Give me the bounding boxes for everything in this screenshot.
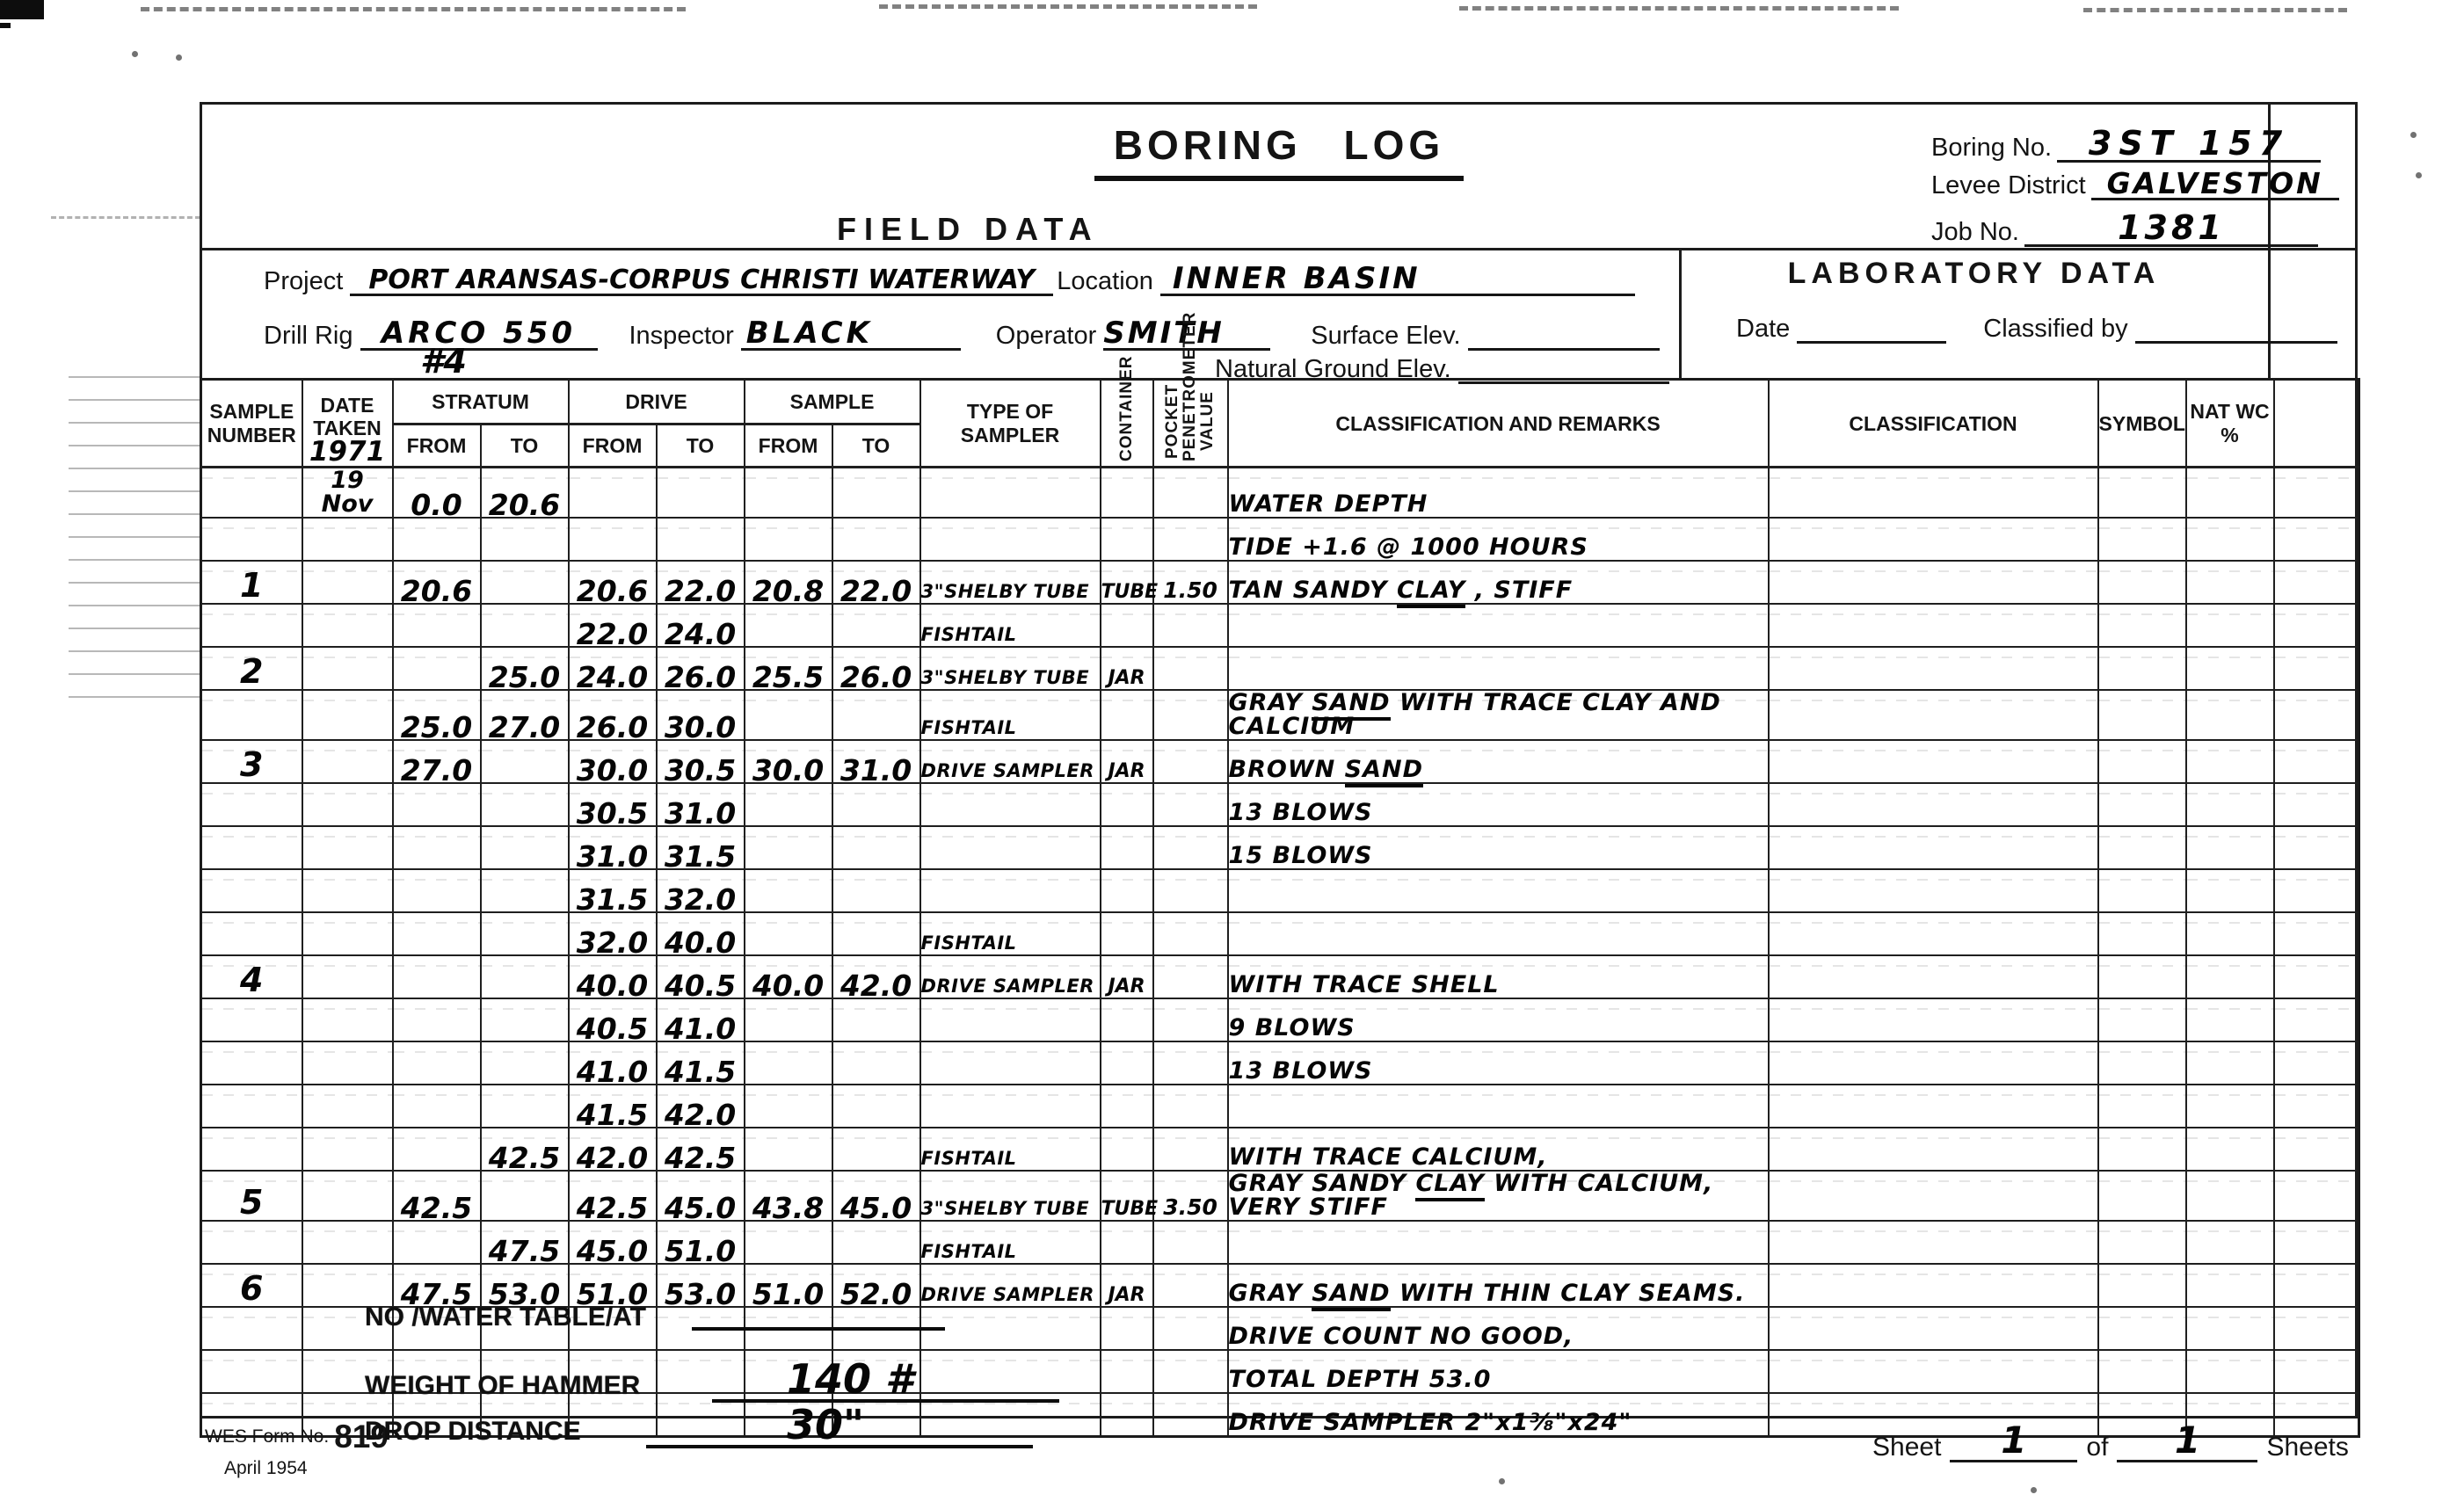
- cell-drive-from: 41.0: [569, 1041, 657, 1085]
- table-row: 47.545.051.0FISHTAIL: [201, 1221, 2359, 1264]
- sheets-label: Sheets: [2266, 1433, 2348, 1462]
- cell-sample-number: 4: [201, 955, 302, 998]
- cell-type-of-sampler: 3"SHELBY TUBE: [920, 1171, 1101, 1221]
- cell-remarks: [1228, 647, 1769, 690]
- water-table-label: NO /WATER TABLE/AT: [365, 1302, 646, 1331]
- cell-classification: [1769, 869, 2098, 912]
- cell-classification: [1769, 1171, 2098, 1221]
- cell-drive-to: 32.0: [657, 869, 745, 912]
- cell-classification: [1769, 783, 2098, 826]
- cell-date-taken: [302, 518, 393, 561]
- cell-sample-from: [745, 826, 832, 869]
- cell-remarks: TOTAL DEPTH 53.0: [1228, 1350, 1769, 1393]
- cell-remarks: [1228, 912, 1769, 955]
- cell-blank: [2274, 561, 2359, 604]
- col-header-symbol: SYMBOL: [2098, 380, 2186, 468]
- cell-drive-from: 42.5: [569, 1171, 657, 1221]
- surface-elev-value: [1468, 348, 1660, 351]
- cell-symbol: [2098, 1350, 2186, 1393]
- table-row: 22.024.0FISHTAIL: [201, 604, 2359, 647]
- drill-rig-label: Drill Rig: [264, 322, 360, 351]
- cell-sample-from: [745, 690, 832, 740]
- table-row: 41.041.513 BLOWS: [201, 1041, 2359, 1085]
- cell-type-of-sampler: [920, 998, 1101, 1041]
- cell-pocket-penetrometer: [1153, 783, 1228, 826]
- cell-classification: [1769, 468, 2098, 519]
- cell-drive-to: 51.0: [657, 1221, 745, 1264]
- operator-label: Operator: [961, 322, 1103, 351]
- cell-container: [1101, 912, 1153, 955]
- cell-nat-wc: [2186, 1350, 2274, 1393]
- cell-pocket-penetrometer: [1153, 955, 1228, 998]
- cell-blank: [2274, 1128, 2359, 1171]
- table-row: 327.030.030.530.031.0DRIVE SAMPLERJARBRO…: [201, 740, 2359, 783]
- cell-classification: [1769, 1221, 2098, 1264]
- scan-artifact: [132, 51, 138, 57]
- cell-container: [1101, 604, 1153, 647]
- cell-symbol: [2098, 1128, 2186, 1171]
- table-row: 542.542.545.043.845.03"SHELBY TUBETUBE3.…: [201, 1171, 2359, 1221]
- cell-date-taken: [302, 783, 393, 826]
- table-row: 41.542.0: [201, 1085, 2359, 1128]
- cell-remarks: 13 BLOWS: [1228, 783, 1769, 826]
- cell-stratum-to: 20.6: [481, 468, 569, 519]
- cell-symbol: [2098, 1264, 2186, 1307]
- wes-form-block: WES Form No.819 April 1954: [205, 1417, 389, 1481]
- cell-drive-from: 30.0: [569, 740, 657, 783]
- cell-nat-wc: [2186, 998, 2274, 1041]
- boring-no-value: 3ST 157: [2057, 127, 2321, 163]
- cell-blank: [2274, 1350, 2359, 1393]
- cell-date-taken: [302, 912, 393, 955]
- cell-sample-number: 5: [201, 1171, 302, 1221]
- cell-symbol: [2098, 955, 2186, 998]
- cell-sample-from: [745, 1085, 832, 1128]
- cell-sample-from: [745, 1128, 832, 1171]
- cell-classification: [1769, 518, 2098, 561]
- cell-remarks: [1228, 869, 1769, 912]
- cell-blank: [2274, 1041, 2359, 1085]
- project-row: Project PORT ARANSAS-CORPUS CHRISTI WATE…: [264, 264, 1635, 296]
- scan-artifact: [51, 216, 200, 219]
- cell-symbol: [2098, 468, 2186, 519]
- cell-sample-from: 51.0: [745, 1264, 832, 1307]
- job-no-label: Job No.: [1931, 218, 2024, 247]
- wes-form-date: April 1954: [205, 1457, 389, 1480]
- cell-blank: [2274, 1221, 2359, 1264]
- cell-classification: [1769, 690, 2098, 740]
- cell-drive-to: 40.5: [657, 955, 745, 998]
- inspector-value: BLACK: [741, 318, 961, 351]
- cell-pocket-penetrometer: [1153, 912, 1228, 955]
- project-value: PORT ARANSAS-CORPUS CHRISTI WATERWAY: [350, 267, 1053, 296]
- cell-container: JAR: [1101, 955, 1153, 998]
- cell-pocket-penetrometer: [1153, 826, 1228, 869]
- surface-elev-label: Surface Elev.: [1270, 322, 1467, 351]
- cell-nat-wc: [2186, 1307, 2274, 1350]
- scan-artifact: [141, 7, 686, 11]
- cell-nat-wc: [2186, 647, 2274, 690]
- cell-blank: [2274, 955, 2359, 998]
- cell-type-of-sampler: [920, 783, 1101, 826]
- cell-sample-to: [832, 1221, 920, 1264]
- cell-type-of-sampler: DRIVE SAMPLER: [920, 740, 1101, 783]
- cell-stratum-to: [481, 955, 569, 998]
- cell-container: [1101, 998, 1153, 1041]
- cell-date-taken: [302, 1041, 393, 1085]
- cell-remarks: WATER DEPTH: [1228, 468, 1769, 519]
- cell-drive-from: 32.0: [569, 912, 657, 955]
- cell-pocket-penetrometer: [1153, 1128, 1228, 1171]
- cell-type-of-sampler: FISHTAIL: [920, 604, 1101, 647]
- table-row: 120.620.622.020.822.03"SHELBY TUBETUBE1.…: [201, 561, 2359, 604]
- cell-stratum-to: [481, 912, 569, 955]
- cell-sample-number: [201, 690, 302, 740]
- cell-nat-wc: [2186, 740, 2274, 783]
- drill-rig-row: Drill Rig ARCO 550 Inspector BLACK Opera…: [264, 318, 1660, 351]
- cell-remarks: TAN SANDY CLAY , STIFF: [1228, 561, 1769, 604]
- cell-classification: [1769, 955, 2098, 998]
- wes-form-label: WES Form No.: [205, 1426, 329, 1447]
- cell-drive-to: 30.0: [657, 690, 745, 740]
- col-header-sample-number: SAMPLENUMBER: [201, 380, 302, 468]
- col-header-sample-to: TO: [832, 424, 920, 468]
- cell-container: [1101, 783, 1153, 826]
- cell-stratum-to: [481, 740, 569, 783]
- cell-sample-to: [832, 468, 920, 519]
- cell-stratum-from: [393, 518, 481, 561]
- cell-nat-wc: [2186, 690, 2274, 740]
- cell-remarks: WITH TRACE SHELL: [1228, 955, 1769, 998]
- cell-sample-to: [832, 783, 920, 826]
- cell-remarks: BROWN SAND: [1228, 740, 1769, 783]
- drop-distance-label: DROP DISTANCE: [365, 1417, 581, 1447]
- cell-drive-from: 24.0: [569, 647, 657, 690]
- cell-classification: [1769, 1041, 2098, 1085]
- col-header-container: CONTAINER: [1101, 380, 1153, 468]
- col-header-date-taken: DATETAKEN1971: [302, 380, 393, 468]
- cell-sample-to: [832, 1128, 920, 1171]
- cell-type-of-sampler: FISHTAIL: [920, 1221, 1101, 1264]
- cell-stratum-to: [481, 561, 569, 604]
- cell-sample-number: [201, 1041, 302, 1085]
- cell-sample-from: [745, 912, 832, 955]
- cell-drive-from: 30.5: [569, 783, 657, 826]
- cell-sample-to: [832, 690, 920, 740]
- cell-classification: [1769, 740, 2098, 783]
- cell-stratum-from: [393, 604, 481, 647]
- cell-sample-to: [832, 604, 920, 647]
- cell-date-taken: [302, 561, 393, 604]
- cell-date-taken: [302, 1221, 393, 1264]
- cell-drive-to: 26.0: [657, 647, 745, 690]
- cell-date-taken: [302, 690, 393, 740]
- cell-sample-number: 3: [201, 740, 302, 783]
- cell-symbol: [2098, 690, 2186, 740]
- cell-remarks: TIDE +1.6 @ 1000 HOURS: [1228, 518, 1769, 561]
- cell-sample-from: [745, 604, 832, 647]
- cell-sample-number: 6: [201, 1264, 302, 1307]
- cell-stratum-to: 42.5: [481, 1128, 569, 1171]
- cell-sample-to: 42.0: [832, 955, 920, 998]
- col-header-nat-wc: NAT WC%: [2186, 380, 2274, 468]
- cell-drive-to: 30.5: [657, 740, 745, 783]
- cell-pocket-penetrometer: [1153, 468, 1228, 519]
- cell-date-taken: [302, 1128, 393, 1171]
- col-header-stratum-to: TO: [481, 424, 569, 468]
- cell-pocket-penetrometer: [1153, 869, 1228, 912]
- cell-container: [1101, 690, 1153, 740]
- boring-no-label: Boring No.: [1931, 134, 2057, 163]
- cell-remarks: DRIVE COUNT NO GOOD,: [1228, 1307, 1769, 1350]
- field-data-table: SAMPLENUMBER DATETAKEN1971 STRATUM DRIVE…: [200, 378, 2360, 1438]
- cell-type-of-sampler: [920, 518, 1101, 561]
- cell-sample-to: [832, 1085, 920, 1128]
- cell-stratum-to: 27.0: [481, 690, 569, 740]
- cell-type-of-sampler: 3"SHELBY TUBE: [920, 561, 1101, 604]
- col-header-stratum-from: FROM: [393, 424, 481, 468]
- table-row: 42.542.042.5FISHTAILWITH TRACE CALCIUM,: [201, 1128, 2359, 1171]
- cell-symbol: [2098, 783, 2186, 826]
- cell-pocket-penetrometer: [1153, 998, 1228, 1041]
- cell-remarks: [1228, 1221, 1769, 1264]
- cell-remarks: WITH TRACE CALCIUM,: [1228, 1128, 1769, 1171]
- scan-artifact: [0, 23, 11, 28]
- cell-sample-number: 2: [201, 647, 302, 690]
- table-row: 40.541.09 BLOWS: [201, 998, 2359, 1041]
- cell-classification: [1769, 826, 2098, 869]
- cell-date-taken: [302, 647, 393, 690]
- cell-sample-from: 43.8: [745, 1171, 832, 1221]
- cell-sample-from: 25.5: [745, 647, 832, 690]
- table-row: 25.027.026.030.0FISHTAILGRAY SAND WITH T…: [201, 690, 2359, 740]
- cell-date-taken: [302, 998, 393, 1041]
- cell-pocket-penetrometer: [1153, 518, 1228, 561]
- cell-sample-number: [201, 826, 302, 869]
- cell-sample-number: [201, 869, 302, 912]
- scan-artifact: [2083, 8, 2347, 12]
- cell-classification: [1769, 1264, 2098, 1307]
- cell-symbol: [2098, 1221, 2186, 1264]
- cell-sample-from: [745, 518, 832, 561]
- cell-symbol: [2098, 1307, 2186, 1350]
- cell-drive-to: 41.5: [657, 1041, 745, 1085]
- cell-drive-to: 42.5: [657, 1128, 745, 1171]
- cell-blank: [2274, 1171, 2359, 1221]
- cell-pocket-penetrometer: [1153, 690, 1228, 740]
- cell-type-of-sampler: 3"SHELBY TUBE: [920, 647, 1101, 690]
- cell-stratum-to: [481, 998, 569, 1041]
- scan-artifact: [176, 54, 182, 61]
- inspector-label: Inspector: [598, 322, 741, 351]
- col-header-sample-from: FROM: [745, 424, 832, 468]
- cell-pocket-penetrometer: [1153, 647, 1228, 690]
- water-table-rule: [692, 1327, 945, 1331]
- cell-sample-number: [201, 1221, 302, 1264]
- cell-drive-to: 24.0: [657, 604, 745, 647]
- levee-district-value: GALVESTON: [2091, 169, 2339, 200]
- cell-stratum-from: 47.5: [393, 1264, 481, 1307]
- cell-container: [1101, 1085, 1153, 1128]
- cell-stratum-from: [393, 783, 481, 826]
- cell-sample-to: 45.0: [832, 1171, 920, 1221]
- cell-stratum-to: 25.0: [481, 647, 569, 690]
- project-label: Project: [264, 267, 350, 296]
- cell-pocket-penetrometer: [1153, 1393, 1228, 1436]
- cell-nat-wc: [2186, 1264, 2274, 1307]
- cell-sample-from: 40.0: [745, 955, 832, 998]
- cell-symbol: [2098, 518, 2186, 561]
- cell-drive-to: 42.0: [657, 1085, 745, 1128]
- cell-pocket-penetrometer: [1153, 1041, 1228, 1085]
- cell-nat-wc: [2186, 1085, 2274, 1128]
- col-header-type-of-sampler: TYPE OF SAMPLER: [920, 380, 1101, 468]
- cell-symbol: [2098, 561, 2186, 604]
- table-row: 32.040.0FISHTAIL: [201, 912, 2359, 955]
- cell-date-taken: [302, 740, 393, 783]
- cell-drive-from: 26.0: [569, 690, 657, 740]
- cell-remarks: 9 BLOWS: [1228, 998, 1769, 1041]
- cell-blank: [2274, 998, 2359, 1041]
- cell-blank: [2274, 869, 2359, 912]
- cell-drive-to: 53.0: [657, 1264, 745, 1307]
- levee-district-row: Levee District GALVESTON: [1931, 169, 2339, 200]
- cell-blank: [2274, 1264, 2359, 1307]
- drill-rig-value: ARCO 550: [360, 318, 598, 351]
- scan-artifact: [2410, 132, 2417, 138]
- scan-artifact: [2416, 172, 2422, 178]
- scan-artifact: [1459, 6, 1899, 11]
- cell-nat-wc: [2186, 1041, 2274, 1085]
- drop-distance-note: DROP DISTANCE 30": [365, 1406, 1086, 1447]
- cell-symbol: [2098, 740, 2186, 783]
- sheet-count-row: Sheet 1 of 1 Sheets: [1872, 1422, 2349, 1462]
- hammer-label: WEIGHT OF HAMMER: [365, 1371, 640, 1401]
- cell-date-taken: [302, 826, 393, 869]
- cell-nat-wc: [2186, 912, 2274, 955]
- cell-remarks: DRIVE SAMPLER 2"x1⅜"x24": [1228, 1393, 1769, 1436]
- cell-drive-to: 45.0: [657, 1171, 745, 1221]
- cell-symbol: [2098, 869, 2186, 912]
- cell-blank: [2274, 518, 2359, 561]
- hammer-note: WEIGHT OF HAMMER 140 #: [365, 1362, 1086, 1403]
- cell-stratum-to: 53.0: [481, 1264, 569, 1307]
- of-label: of: [2086, 1433, 2108, 1462]
- cell-symbol: [2098, 604, 2186, 647]
- sheet-label: Sheet: [1872, 1433, 1941, 1462]
- cell-container: [1101, 1307, 1153, 1350]
- cell-drive-to: 40.0: [657, 912, 745, 955]
- cell-symbol: [2098, 1171, 2186, 1221]
- cell-remarks: [1228, 1085, 1769, 1128]
- table-row: 31.031.515 BLOWS: [201, 826, 2359, 869]
- cell-type-of-sampler: [920, 468, 1101, 519]
- cell-stratum-from: [393, 1221, 481, 1264]
- cell-blank: [2274, 647, 2359, 690]
- cell-drive-to: 31.5: [657, 826, 745, 869]
- date-year-handwritten: 1971: [303, 439, 392, 466]
- location-value: INNER BASIN: [1160, 264, 1635, 296]
- cell-sample-to: 31.0: [832, 740, 920, 783]
- cell-drive-from: 31.5: [569, 869, 657, 912]
- cell-blank: [2274, 604, 2359, 647]
- cell-nat-wc: [2186, 869, 2274, 912]
- cell-drive-from: 51.0: [569, 1264, 657, 1307]
- cell-type-of-sampler: FISHTAIL: [920, 690, 1101, 740]
- cell-sample-number: [201, 468, 302, 519]
- cell-classification: [1769, 1085, 2098, 1128]
- cell-date-taken: [302, 869, 393, 912]
- field-data-divider-line: [200, 248, 2355, 250]
- col-header-classification: CLASSIFICATION: [1769, 380, 2098, 468]
- cell-classification: [1769, 1307, 2098, 1350]
- scan-artifact: [69, 376, 200, 710]
- cell-stratum-from: [393, 1085, 481, 1128]
- cell-classification: [1769, 912, 2098, 955]
- cell-drive-from: [569, 518, 657, 561]
- cell-sample-to: [832, 998, 920, 1041]
- cell-drive-from: 42.0: [569, 1128, 657, 1171]
- cell-nat-wc: [2186, 604, 2274, 647]
- total-sheets: 1: [2117, 1422, 2257, 1462]
- cell-sample-number: [201, 604, 302, 647]
- cell-symbol: [2098, 647, 2186, 690]
- cell-date-taken: [302, 1264, 393, 1307]
- cell-sample-number: [201, 998, 302, 1041]
- cell-drive-from: 40.0: [569, 955, 657, 998]
- cell-drive-to: 41.0: [657, 998, 745, 1041]
- cell-sample-number: 1: [201, 561, 302, 604]
- cell-stratum-to: [481, 783, 569, 826]
- job-no-row: Job No. 1381: [1931, 211, 2318, 247]
- cell-container: [1101, 826, 1153, 869]
- boring-no-row: Boring No. 3ST 157: [1931, 127, 2321, 163]
- cell-date-taken: [302, 955, 393, 998]
- cell-stratum-to: [481, 518, 569, 561]
- levee-district-label: Levee District: [1931, 171, 2091, 200]
- cell-date-taken: [302, 604, 393, 647]
- cell-blank: [2274, 468, 2359, 519]
- cell-pocket-penetrometer: [1153, 1264, 1228, 1307]
- cell-stratum-from: 20.6: [393, 561, 481, 604]
- cell-container: JAR: [1101, 1264, 1153, 1307]
- col-header-pocket-penetrometer: POCKET PENETROMETER VALUE: [1153, 380, 1228, 468]
- col-group-stratum: STRATUM: [393, 380, 569, 424]
- cell-sample-to: [832, 1041, 920, 1085]
- cell-sample-from: [745, 783, 832, 826]
- cell-symbol: [2098, 1041, 2186, 1085]
- cell-nat-wc: [2186, 783, 2274, 826]
- cell-stratum-from: [393, 1041, 481, 1085]
- cell-drive-from: 31.0: [569, 826, 657, 869]
- cell-classification: [1769, 1350, 2098, 1393]
- col-header-drive-from: FROM: [569, 424, 657, 468]
- cell-type-of-sampler: DRIVE SAMPLER: [920, 955, 1101, 998]
- cell-sample-number: [201, 1307, 302, 1350]
- table-row: 19 Nov0.020.6WATER DEPTH: [201, 468, 2359, 519]
- cell-drive-to: [657, 518, 745, 561]
- cell-symbol: [2098, 912, 2186, 955]
- cell-symbol: [2098, 1085, 2186, 1128]
- classified-by-value: [2135, 341, 2337, 344]
- cell-remarks: GRAY SAND WITH THIN CLAY SEAMS.: [1228, 1264, 1769, 1307]
- cell-drive-from: 41.5: [569, 1085, 657, 1128]
- cell-stratum-from: [393, 955, 481, 998]
- cell-container: JAR: [1101, 647, 1153, 690]
- cell-blank: [2274, 912, 2359, 955]
- cell-stratum-from: 25.0: [393, 690, 481, 740]
- scanned-boring-log-page: BORING LOG Boring No. 3ST 157 Levee Dist…: [0, 0, 2464, 1502]
